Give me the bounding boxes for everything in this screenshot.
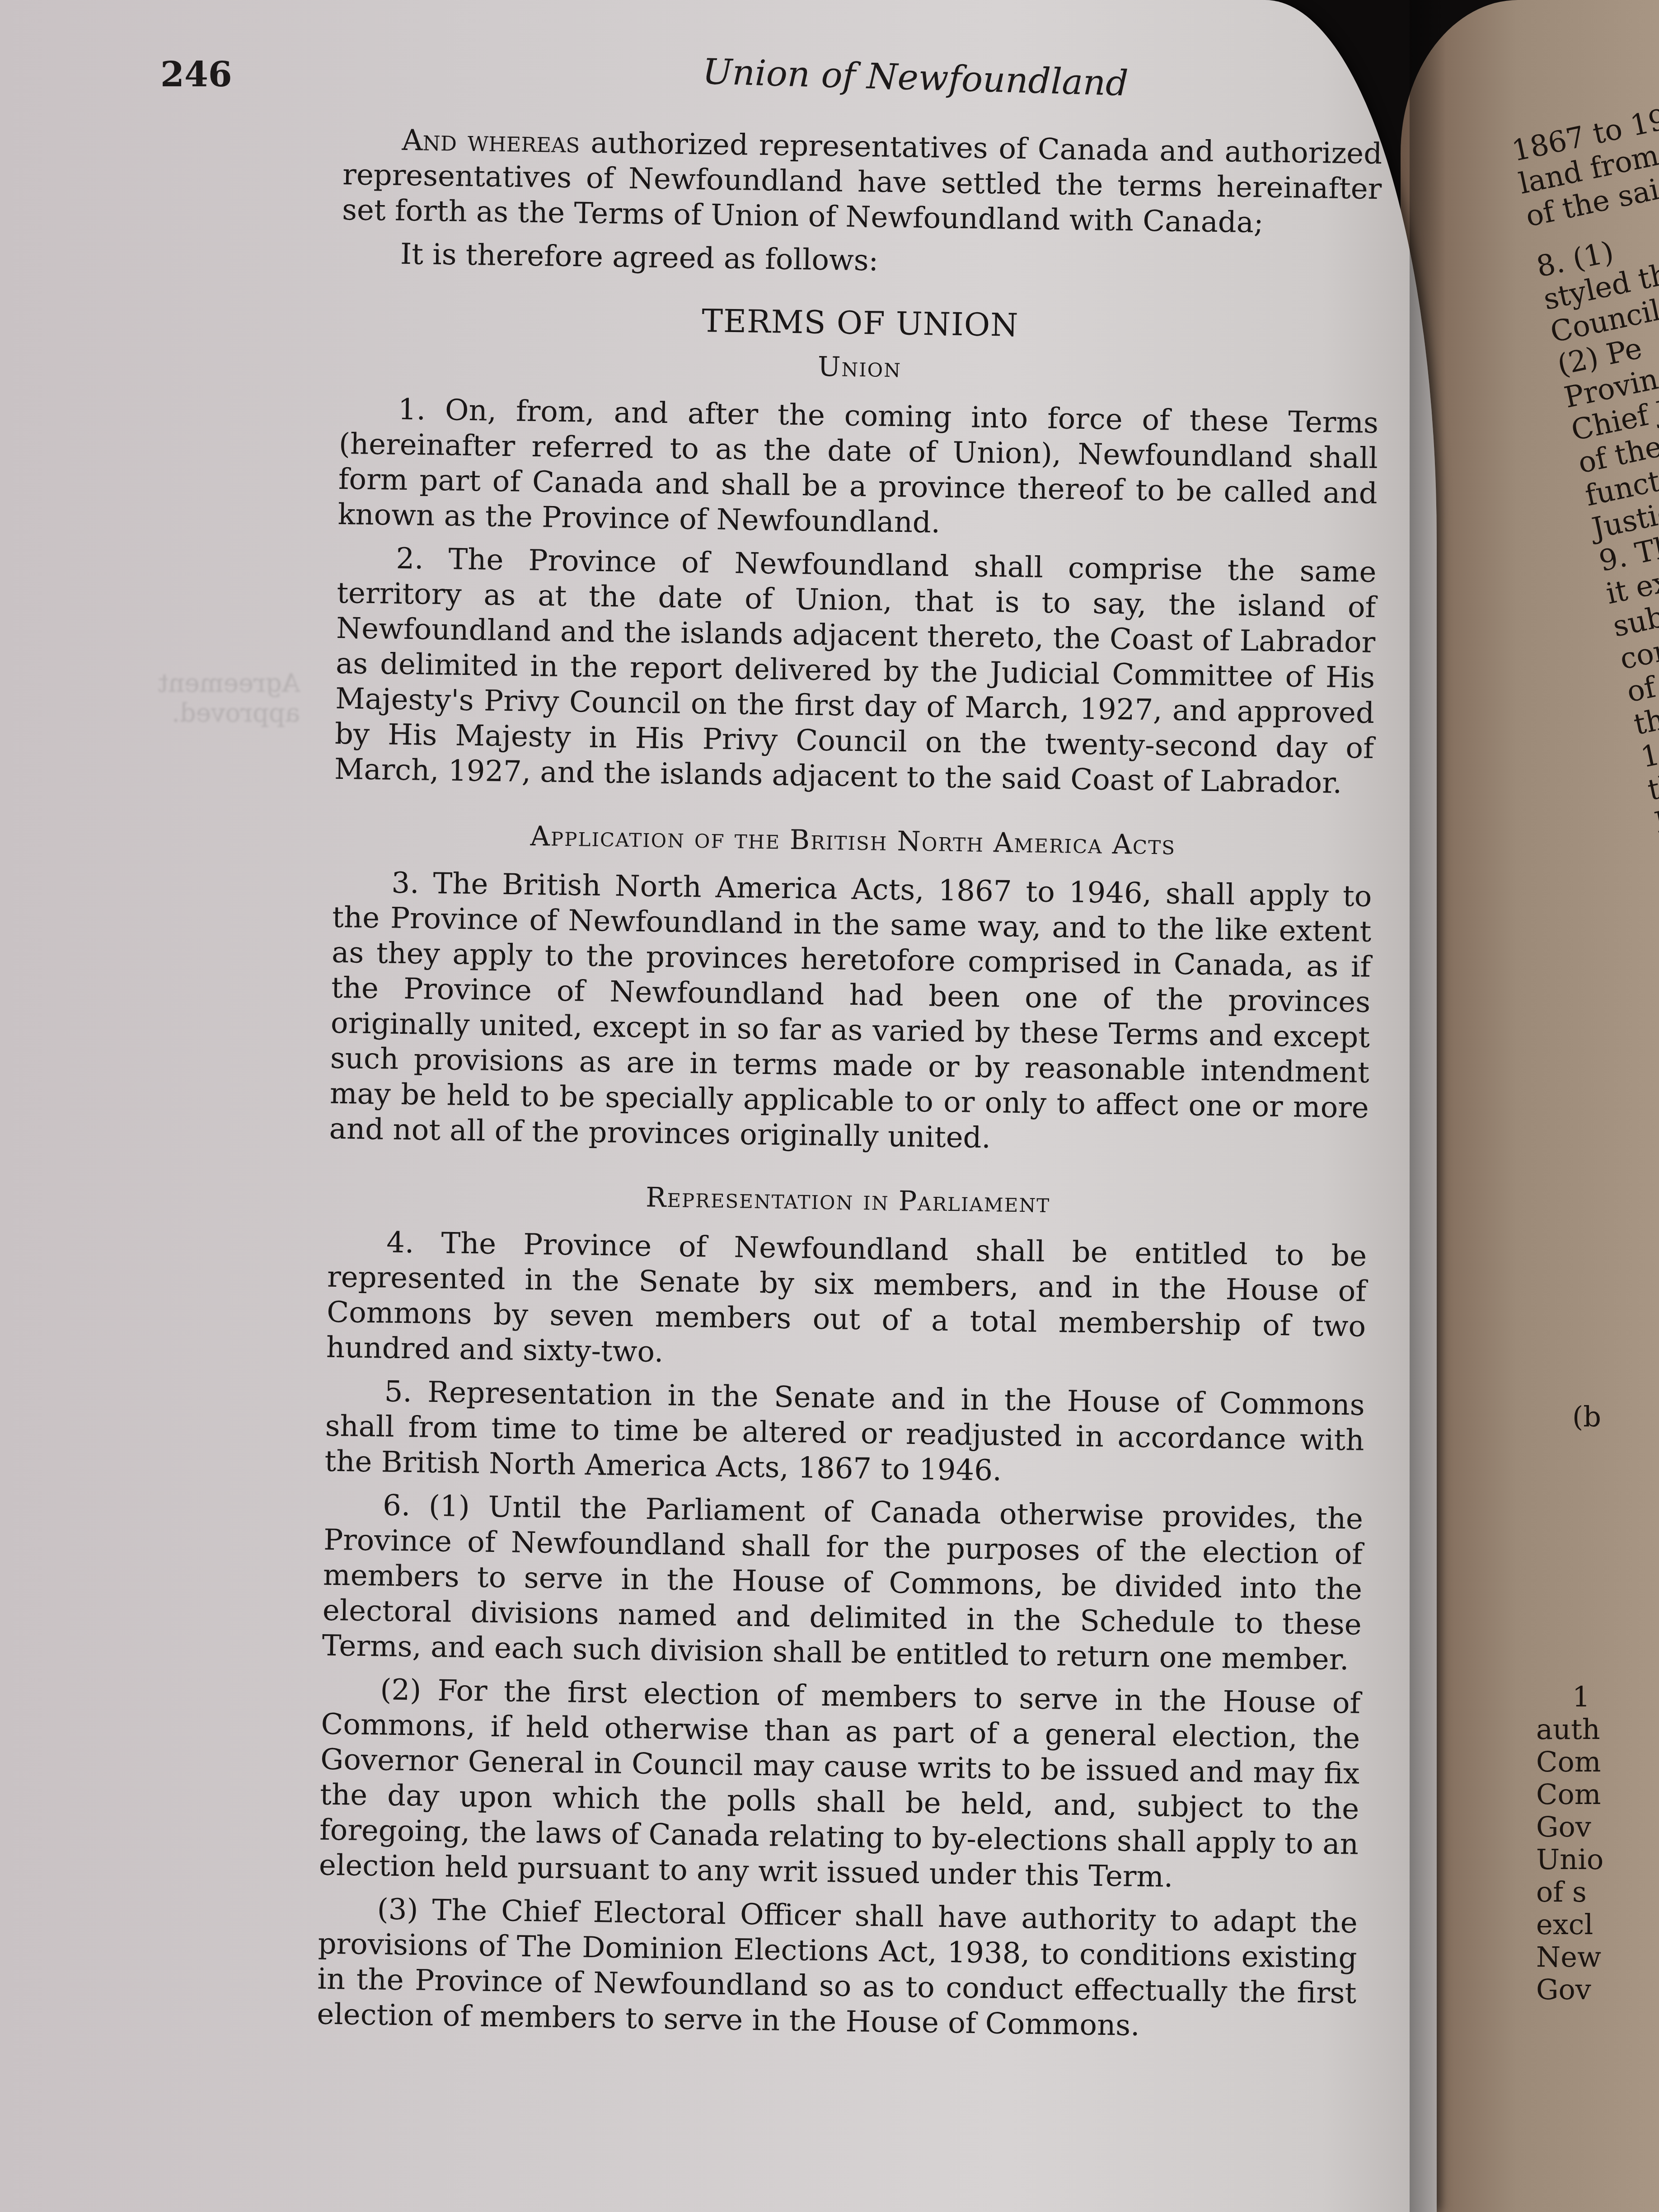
preamble-paragraph: And whereas authorized representatives o… xyxy=(342,122,1382,242)
term-paragraph: 6. (1) Until the Parliament of Canada ot… xyxy=(322,1487,1363,1678)
main-heading: TERMS OF UNION xyxy=(340,298,1380,348)
page-number: 246 xyxy=(160,54,232,94)
section-heading-union: Union xyxy=(340,342,1379,392)
facing-marker: (b xyxy=(1572,1401,1601,1433)
facing-page-bottom-text: 1 auth Com Com Gov Unio of s excl New Go… xyxy=(1536,1681,1603,2006)
term-subparagraph: (3) The Chief Electoral Officer shall ha… xyxy=(317,1891,1358,2047)
term-paragraph: 1. On, from, and after the coming into f… xyxy=(337,391,1378,547)
bleed-line: approved. xyxy=(158,698,300,728)
term-paragraph: 4. The Province of Newfoundland shall be… xyxy=(326,1224,1367,1380)
term-paragraph: 5. Representation in the Senate and in t… xyxy=(324,1373,1365,1494)
facing-line: auth xyxy=(1536,1713,1603,1746)
running-head: 246 Union of Newfoundland xyxy=(160,54,1166,117)
facing-line: 1 xyxy=(1536,1681,1603,1713)
facing-page: 1867 to 194 land from of the said 8. (1)… xyxy=(1401,0,1659,2212)
term-paragraph: 2. The Province of Newfoundland shall co… xyxy=(334,540,1376,801)
bleed-line: Agreement xyxy=(158,669,300,698)
running-title: Union of Newfoundland xyxy=(702,52,1129,104)
section-heading-representation: Representation in Parliament xyxy=(328,1176,1368,1225)
facing-line: Com xyxy=(1536,1746,1603,1778)
facing-line: Unio xyxy=(1536,1843,1603,1876)
facing-line: New xyxy=(1536,1941,1603,1973)
facing-line: Gov xyxy=(1536,1973,1603,2006)
section-heading-bna-acts: Application of the British North America… xyxy=(333,816,1373,866)
facing-line: excl xyxy=(1536,1908,1603,1941)
page-body: And whereas authorized representatives o… xyxy=(317,122,1382,2055)
facing-line: Gov xyxy=(1536,1811,1603,1843)
facing-line: of s xyxy=(1536,1876,1603,1908)
facing-page-text: 1867 to 194 land from of the said 8. (1)… xyxy=(1509,99,1659,1003)
facing-line: Com xyxy=(1536,1778,1603,1811)
agreement-statement: It is therefore agreed as follows: xyxy=(341,236,1381,286)
term-paragraph: 3. The British North America Acts, 1867 … xyxy=(329,865,1372,1161)
preamble-lead: And whereas xyxy=(402,124,580,159)
bleed-through-margin-note: Agreement approved. xyxy=(158,669,300,728)
book-page: Agreement approved. 246 Union of Newfoun… xyxy=(0,0,1437,2212)
term-subparagraph: (2) For the first election of members to… xyxy=(319,1672,1361,1898)
